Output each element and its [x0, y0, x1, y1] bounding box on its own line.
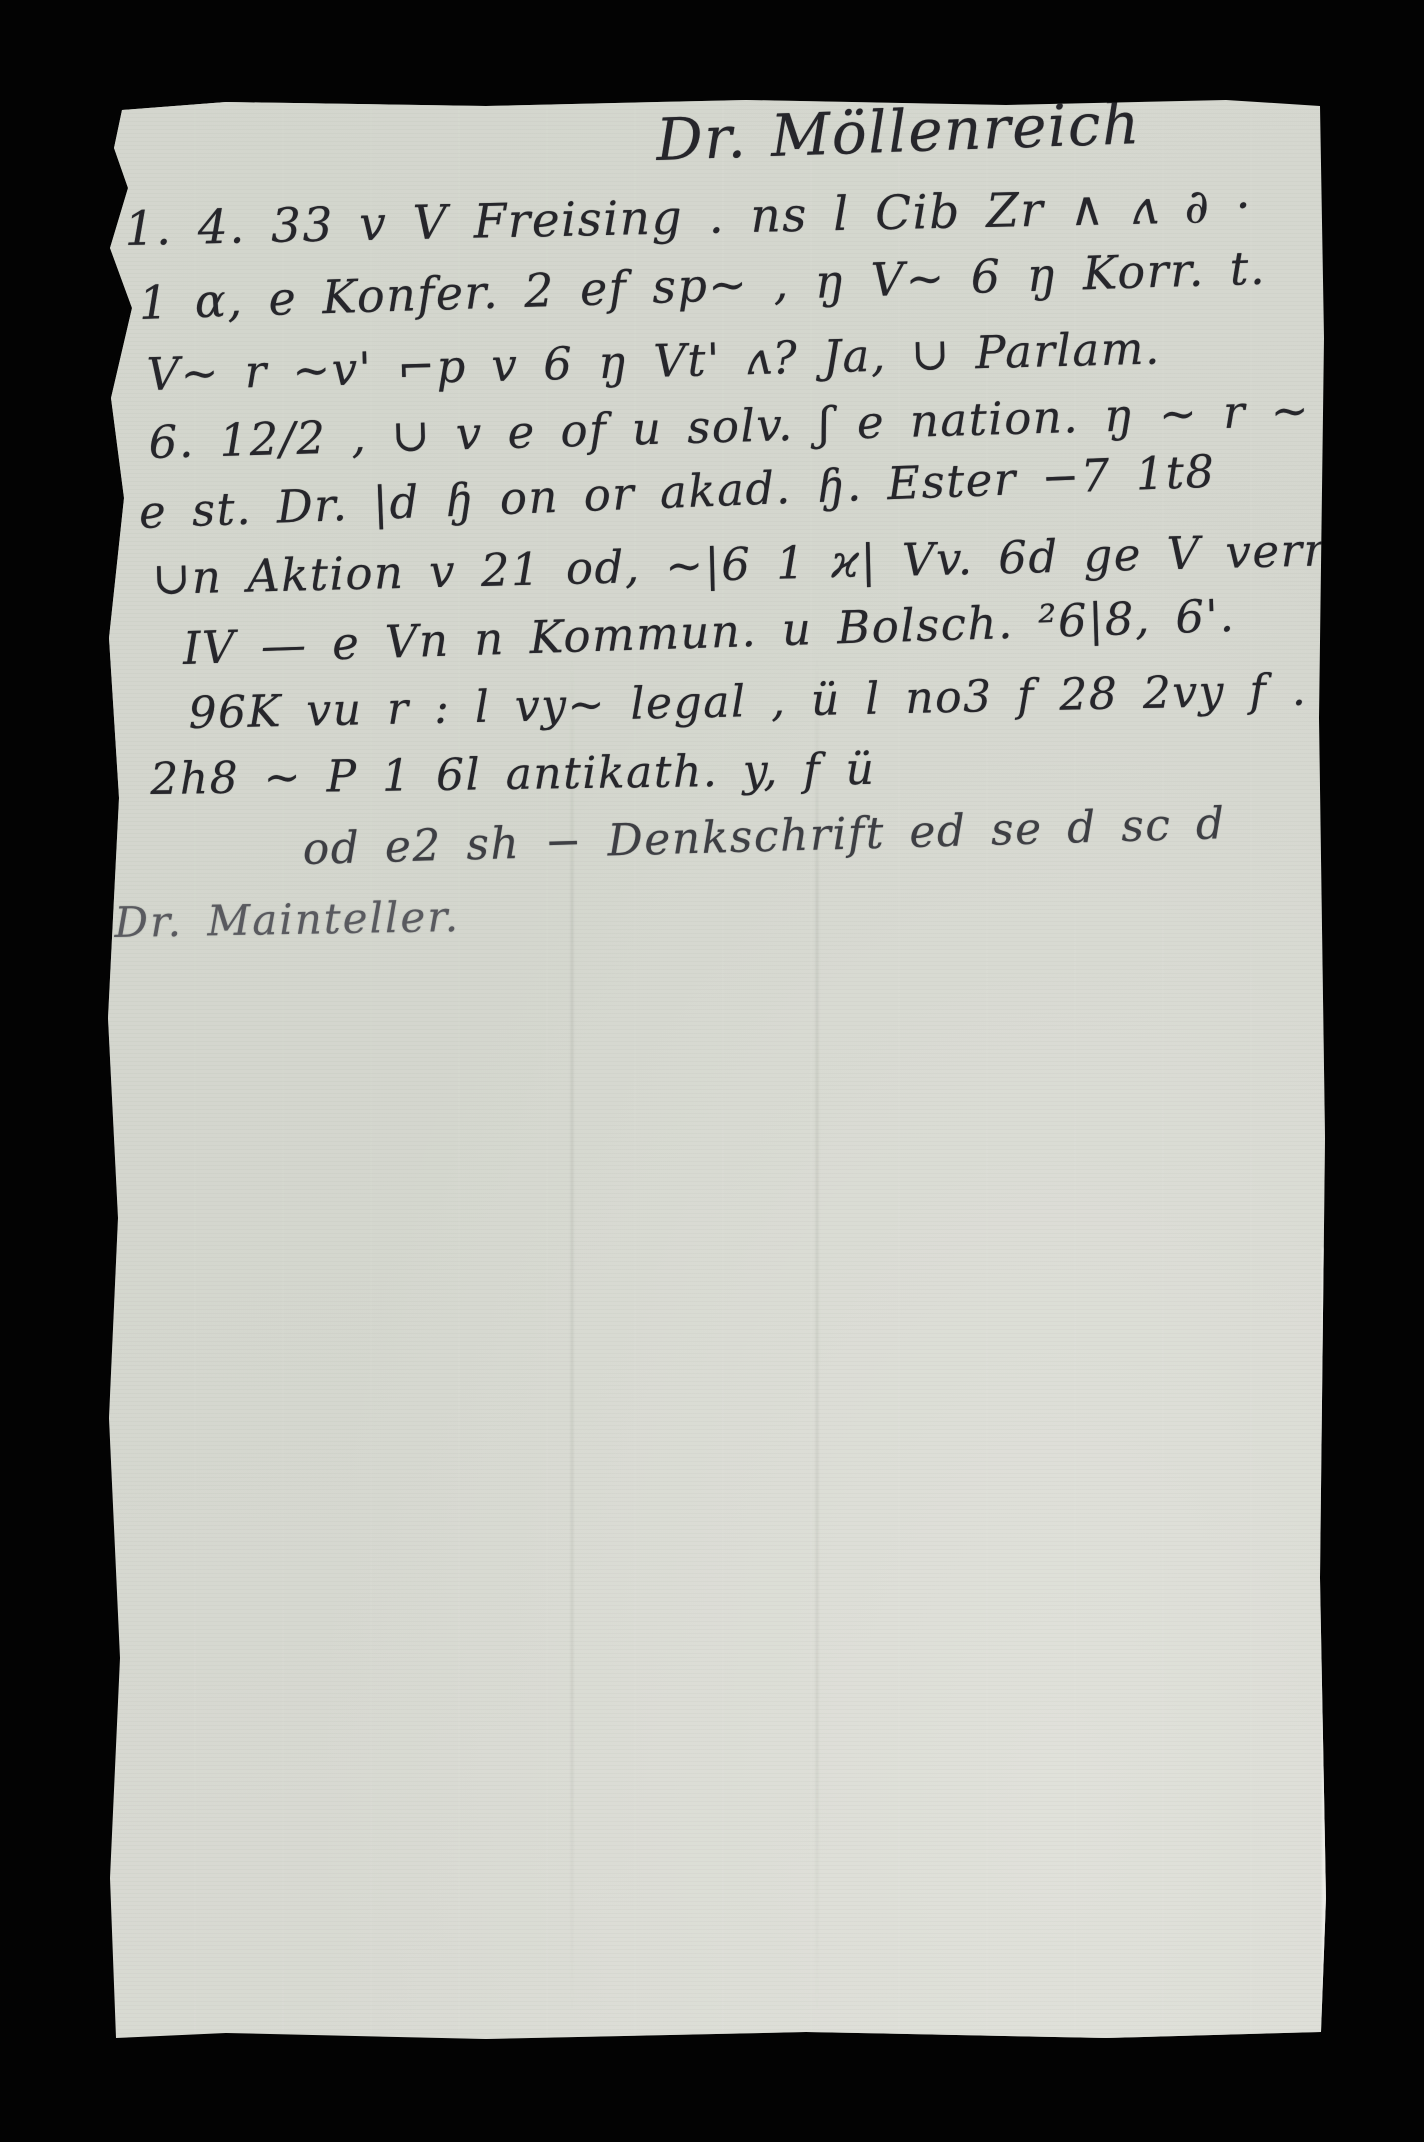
paper-sheet: Dr. Möllenreich 1. 4. 33 v V Freising . …: [106, 98, 1328, 2042]
scanned-document: Dr. Möllenreich 1. 4. 33 v V Freising . …: [0, 0, 1424, 2142]
handwritten-line: V~ r ~v' ⌐p v 6 ŋ Vt' ʌ? Ja, ∪ Parlam.: [146, 321, 1161, 401]
handwritten-line: 2h8 ~ P 1 6l antikath. y, f ü: [150, 744, 876, 805]
handwritten-line: 96K vu r : l vy~ legal , ü l no3 f 28 2v…: [188, 665, 1308, 739]
handwritten-line: IV — e Vn n Kommun. u Bolsch. ²6|8, 6'.: [182, 589, 1236, 675]
handwritten-line: 1. 4. 33 v V Freising . ns l Cib Zr ∧ ʌ …: [124, 178, 1253, 257]
paper-edge-highlight: [1322, 1248, 1326, 2034]
handwritten-line: od e2 sh − Denkschrift ed se d sc d: [302, 798, 1226, 875]
document-title: Dr. Möllenreich: [655, 89, 1142, 174]
paper-fold-crease: [816, 658, 818, 2012]
signature-line: Dr. Mainteller.: [114, 892, 460, 947]
handwritten-line: 1 α, e Konfer. 2 ef sp~ , ŋ V~ 6 ŋ Korr.…: [138, 241, 1267, 330]
